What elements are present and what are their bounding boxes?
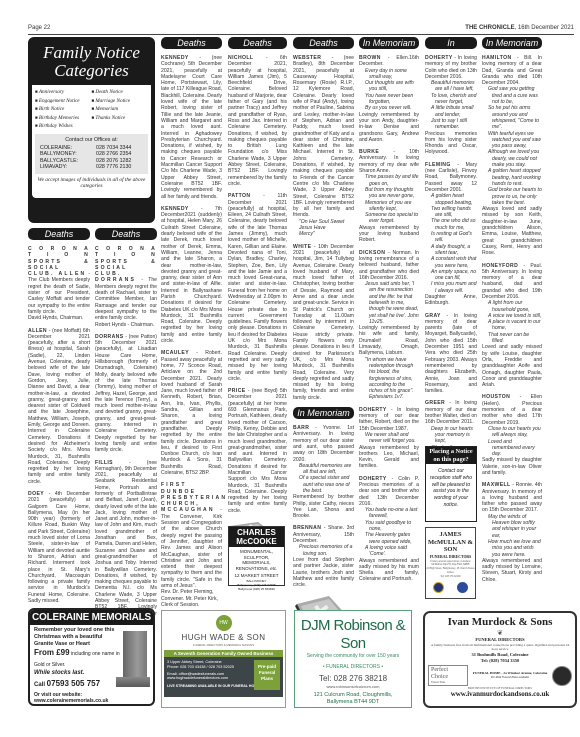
masthead: THE CHRONICLE, 16th December 2021 — [465, 25, 574, 31]
category-item: Thanks Notice — [92, 114, 149, 122]
column-memoriam-8: In Memoriam HAMILTON - Bill. In loving m… — [482, 37, 576, 589]
nafd-badge-icon — [433, 582, 444, 593]
column-memoriam-7: In Memoriam DOHERTY - In loving memory o… — [425, 37, 477, 495]
placing-notice-text: Contact our reception staff who will be … — [426, 464, 476, 513]
hugh-wade-ad: HW HUGH WADE & SON FUNERAL DIRECTORS & M… — [161, 610, 286, 708]
memoriam-notice: DOHERTY - Colin P. Precious memories of … — [359, 476, 419, 583]
column-deaths-1: Deaths C O R O N A T I O N SPORTS & SOCI… — [28, 228, 90, 656]
section-header-deaths: Deaths — [228, 37, 287, 49]
death-notice: PRICE - (nee Boyd) 5th December 2021 (pe… — [228, 388, 287, 514]
memoriam-notice: BROWN - Ellen.16th December. Every day i… — [359, 55, 419, 143]
memoriam-notice: BRENNAN - Shane. 3rd Anniversary, 15th D… — [293, 525, 354, 588]
memoriam-notice: HONEYFORD - Paul. 5th Anniversary. In lo… — [482, 263, 542, 389]
section-header-in-memoriam: In Memoriam — [293, 407, 354, 419]
death-notice: NICHOLL - 6th December 2021, peacefully … — [228, 55, 287, 187]
website-link[interactable]: www.robinsonsofculcrum.com — [295, 684, 411, 689]
lion-seal-icon — [552, 666, 572, 686]
memoriam-notice: DICKSON - Norman. In loving remembrance … — [359, 250, 419, 401]
death-notice: DORRANS - (nee Patton) 5th December 2021… — [95, 334, 157, 454]
memoriam-notice: MAXWELL - Ronnie. 4th Anniversary. In me… — [482, 482, 542, 583]
memoriam-notice: FLEMING - Mary (nee Carlisle), Finvoy Ro… — [425, 162, 477, 307]
office-row: LIMAVADY:028 7776 2130 — [40, 164, 143, 171]
column-deaths-4: Deaths NICHOLL - 6th December 2021, peac… — [228, 37, 287, 546]
phone-number: 07593 505 757 — [47, 679, 100, 688]
james-mcmullan-ad: JAMES McMULLAN & SON FUNERAL DIRECTORS U… — [425, 527, 476, 599]
ornament-icon: ❦ — [428, 629, 572, 637]
death-notice: KENNEDY - (nee Cochrane) 5th December 20… — [161, 55, 222, 200]
office-contacts: Contact our Offices at: COLERAINE:028 70… — [35, 134, 148, 174]
memoriam-notice: DOHERTY - In loving memory of my brother… — [425, 55, 477, 156]
category-list: Anniversary Death Notice Engagement Noti… — [35, 88, 148, 130]
phone-number: Tel: 028 276 38218 — [295, 674, 411, 684]
section-header-deaths: Deaths — [95, 228, 157, 240]
death-notice: WHITE - 10th December 2021 (peacefully) … — [293, 244, 354, 401]
death-notice: PATTON - 11th December 2021 (peacefully)… — [228, 193, 287, 382]
page-number: Page 22 — [28, 25, 50, 31]
death-notice: MCAULEY - Robert. Passed away peacefully… — [161, 350, 222, 476]
section-header-in-memoriam: In Memoriam — [482, 37, 542, 49]
ivan-murdock-ad: Ivan Murdock & Sons ❦ FUNERAL DIRECTORS … — [423, 611, 577, 708]
memoriam-notice: GRAY - In loving memory of dear parents … — [425, 313, 477, 395]
death-notice: DOEY - 4th December 2021 (peacefully) at… — [28, 491, 90, 604]
djm-robinson-ad: DJM Robinson & Son Serving the community… — [294, 610, 412, 708]
charles-mccooke-ad: CHARLESMcCOOKE MONUMENTAL, SCULPTOR, MEM… — [228, 526, 285, 586]
section-header-in-memoriam: In Memoriam — [425, 37, 477, 49]
memoriam-notice: HAMILTON - Bill. In loving memory of a d… — [482, 55, 542, 257]
accept-images-note: We accept images of individuals in all o… — [35, 177, 148, 190]
website-link[interactable]: www.colerainememorials.co.uk — [34, 698, 149, 704]
death-notice: C O R O N A T I O N SPORTS & SOCIAL CLUB… — [28, 246, 90, 322]
memoriam-notice: DOHERTY - In loving memory of our dear f… — [359, 407, 419, 470]
column-deaths-2: Deaths C O R O N A T I O N SPORTS & SOCI… — [95, 228, 157, 655]
section-header-deaths: Deaths — [293, 37, 354, 49]
section-header-deaths: Deaths — [161, 37, 222, 49]
category-item: Birthday Memories — [35, 114, 92, 122]
placing-notice-box: Placing a Notice on this page? Contact o… — [425, 446, 477, 522]
category-item: Death Notice — [92, 88, 149, 96]
category-item: Birth Notice — [35, 105, 92, 113]
death-notice: WEBSTER - (nee Bradley), 8th December 20… — [293, 55, 354, 238]
death-notice: FILLIS - (nee Kernaghan), 9th December 2… — [95, 460, 157, 624]
perfect-choice-logo: Perfect ChoiceFuneral Plans — [428, 665, 468, 686]
column-memoriam-6: In Memoriam BROWN - Ellen.16th December.… — [359, 37, 419, 589]
category-item: Marriage Notice — [92, 97, 149, 105]
page-header: Page 22 THE CHRONICLE, 16th December 202… — [28, 25, 574, 35]
death-notice: ALLEN - (nee Moffatt) 6th December 2021 … — [28, 328, 90, 485]
family-notice-categories-box: Family Notice Categories Anniversary Dea… — [28, 37, 155, 223]
memoriam-notice: HOUSTON - Ellen (Helen). Precious memori… — [482, 394, 542, 476]
website-link[interactable]: www.ivanmurdockandsons.co.uk — [428, 690, 572, 698]
death-notice: C O R O N A T I O N SPORTS & SOCIAL CLUB… — [95, 246, 157, 328]
memoriam-notice: BURKE - 10th Anniversary. In loving memo… — [359, 149, 419, 243]
coleraine-memorials-ad: COLERAINE MEMORIALS Remember your loved … — [28, 608, 155, 706]
ad-title: COLERAINE MEMORIALS — [30, 610, 153, 625]
memoriam-notice: BARR - Yvonne. 1st Anniversary. In lovin… — [293, 425, 354, 519]
death-notice: KENNEDY - 7th December2021 (suddenly) at… — [161, 206, 222, 345]
association-badge-icon — [457, 582, 468, 593]
section-header-in-memoriam: In Memoriam — [359, 37, 419, 49]
category-item: Anniversary — [35, 88, 92, 96]
category-item: Birthday Wishes — [35, 122, 92, 130]
hugh-wade-logo-icon: HW — [216, 615, 232, 631]
column-deaths-5: Deaths WEBSTER - (nee Bradley), 8th Dece… — [293, 37, 354, 640]
section-header-deaths: Deaths — [28, 228, 90, 240]
headstone-image — [123, 631, 147, 679]
placing-notice-title: Placing a Notice on this page? — [426, 447, 476, 464]
categories-title: Family Notice Categories — [32, 44, 151, 80]
newspaper-page: Page 22 THE CHRONICLE, 16th December 202… — [0, 0, 580, 737]
death-notice: FIRST DUNBOE PRESBYTERIAN CHURCH, MCCAUG… — [161, 482, 222, 608]
category-item: Memoriam — [92, 105, 149, 113]
column-deaths-3: Deaths KENNEDY - (nee Cochrane) 5th Dece… — [161, 37, 222, 614]
category-item: Engagement Notice — [35, 97, 92, 105]
